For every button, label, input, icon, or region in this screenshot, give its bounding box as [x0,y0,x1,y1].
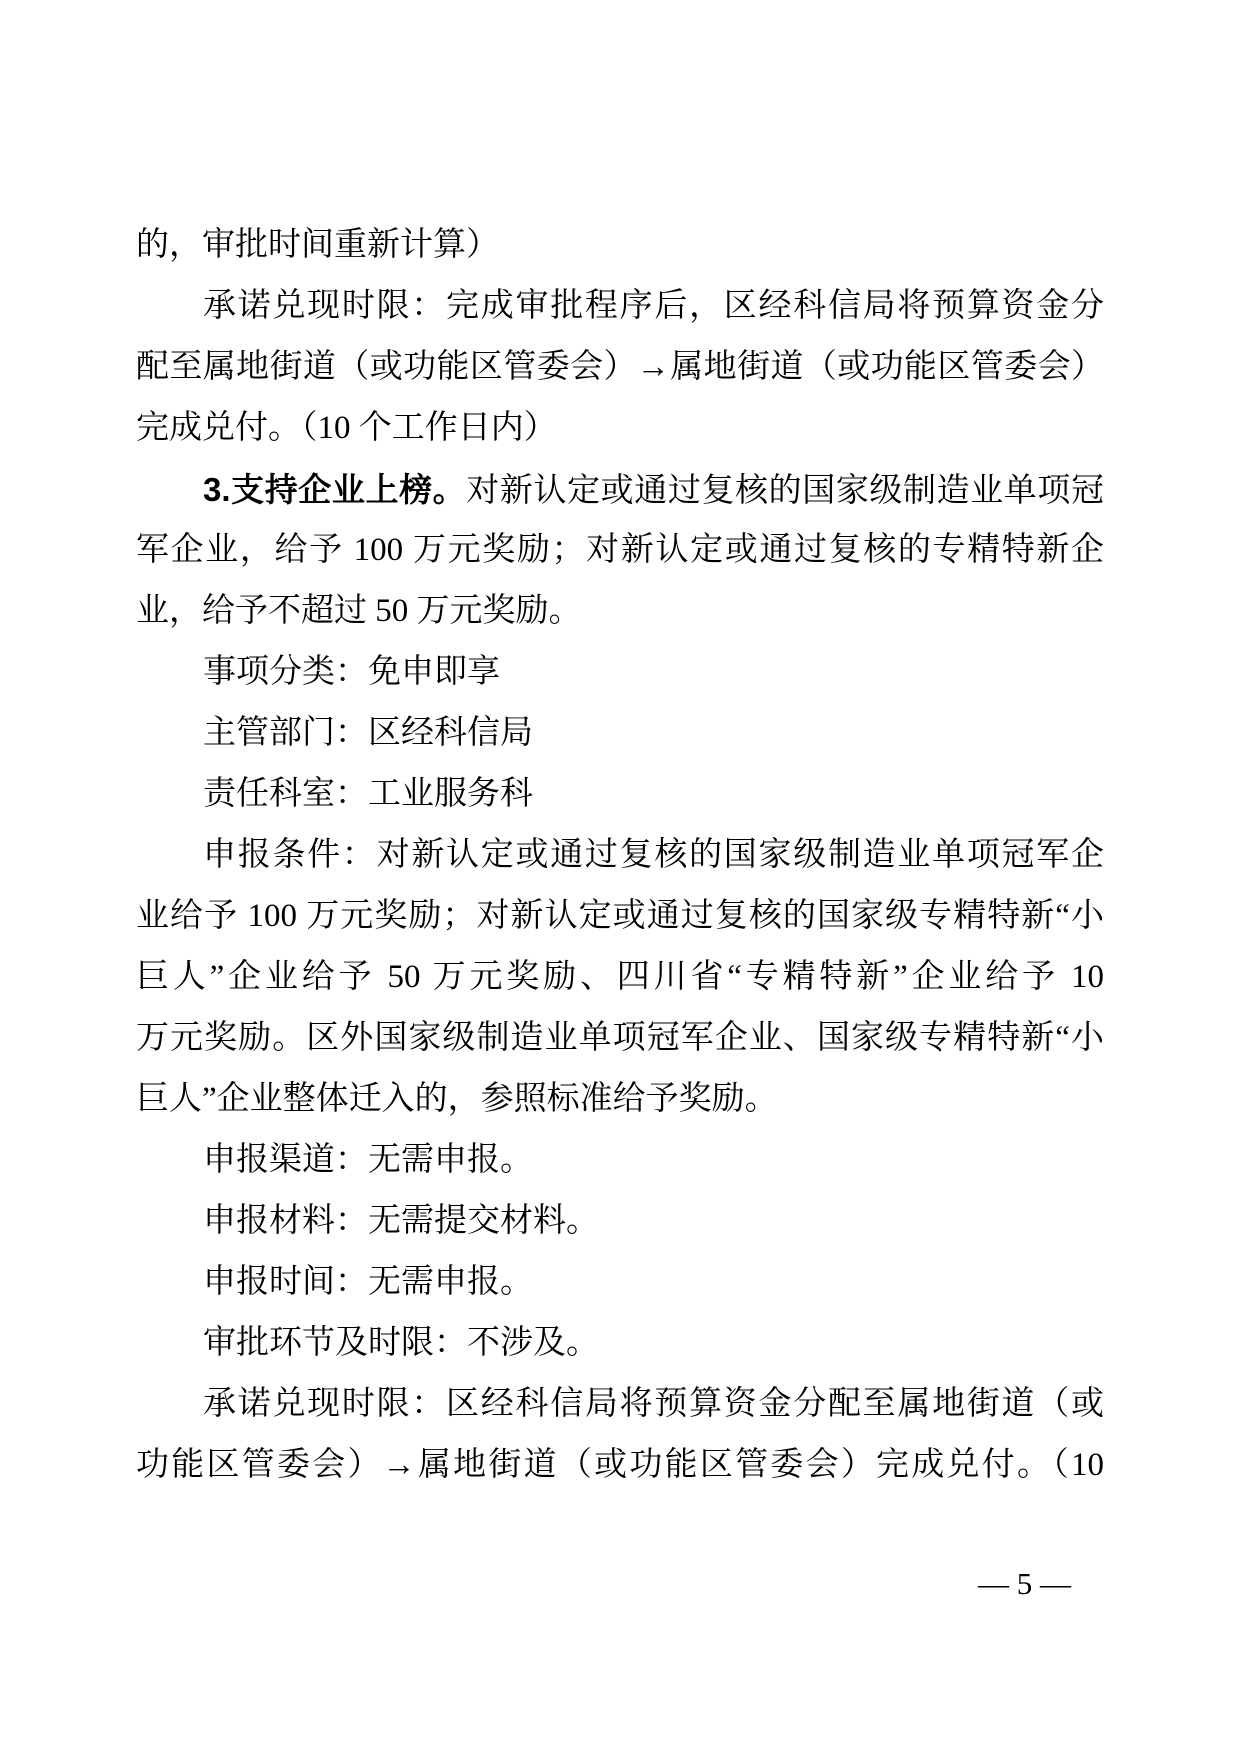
text-line: 申报材料：无需提交材料。 [136,1191,1104,1252]
text-line: 巨人”企业整体迁入的，参照标准给予奖励。 [136,1069,1104,1130]
body-text: 业，给予不超过 50 万元奖励。 [136,593,582,629]
body-text: 事项分类：免申即享 [203,654,500,690]
text-line: 审批环节及时限：不涉及。 [136,1313,1104,1374]
body-text: 申报渠道：无需申报。 [203,1142,533,1178]
text-line: 申报时间：无需申报。 [136,1252,1104,1313]
body-text: 军企业，给予 100 万元奖励；对新认定或通过复核的专精特新企 [136,532,1104,568]
document-body: 的，审批时间重新计算）承诺兑现时限：完成审批程序后，区经科信局将预算资金分配至属… [136,215,1104,1496]
text-line: 业，给予不超过 50 万元奖励。 [136,581,1104,642]
body-text: 巨人”企业给予 50 万元奖励、四川省“专精特新”企业给予 10 [136,959,1104,995]
body-text: 承诺兑现时限：完成审批程序后，区经科信局将预算资金分 [203,288,1104,324]
body-text: 功能区管委会）→属地街道（或功能区管委会）完成兑付。（10 [136,1447,1104,1483]
text-line: 的，审批时间重新计算） [136,215,1104,276]
para-application-time: 申报时间：无需申报。 [136,1252,1104,1313]
text-line: 功能区管委会）→属地街道（或功能区管委会）完成兑付。（10 [136,1435,1104,1496]
body-text: 完成兑付。（10 个工作日内） [136,410,557,446]
para-application-channel: 申报渠道：无需申报。 [136,1130,1104,1191]
body-text: 巨人”企业整体迁入的，参照标准给予奖励。 [136,1081,778,1117]
text-line: 主管部门：区经科信局 [136,703,1104,764]
para-item-category: 事项分类：免申即享 [136,642,1104,703]
para-commitment-deadline-2: 承诺兑现时限：区经科信局将预算资金分配至属地街道（或功能区管委会）→属地街道（或… [136,1374,1104,1496]
body-text: 申报条件：对新认定或通过复核的国家级制造业单项冠军企 [203,837,1104,873]
body-text: 对新认定或通过复核的国家级制造业单项冠 [466,473,1104,509]
body-text: 申报材料：无需提交材料。 [203,1203,599,1239]
para-responsible-office: 责任科室：工业服务科 [136,764,1104,825]
text-line: 业给予 100 万元奖励；对新认定或通过复核的国家级专精特新“小 [136,886,1104,947]
body-text: 配至属地街道（或功能区管委会）→属地街道（或功能区管委会） [136,349,1104,385]
body-text: 责任科室：工业服务科 [203,776,533,812]
text-line: 万元奖励。区外国家级制造业单项冠军企业、国家级专精特新“小 [136,1008,1104,1069]
page-number-text: — 5 — [978,1566,1071,1601]
para-application-conditions: 申报条件：对新认定或通过复核的国家级制造业单项冠军企业给予 100 万元奖励；对… [136,825,1104,1130]
text-line: 申报条件：对新认定或通过复核的国家级制造业单项冠军企 [136,825,1104,886]
para-prev-continuation: 的，审批时间重新计算） [136,215,1104,276]
text-line: 军企业，给予 100 万元奖励；对新认定或通过复核的专精特新企 [136,520,1104,581]
text-line: 承诺兑现时限：区经科信局将预算资金分配至属地街道（或 [136,1374,1104,1435]
text-line: 申报渠道：无需申报。 [136,1130,1104,1191]
para-department: 主管部门：区经科信局 [136,703,1104,764]
text-line: 完成兑付。（10 个工作日内） [136,398,1104,459]
body-text: 业给予 100 万元奖励；对新认定或通过复核的国家级专精特新“小 [136,898,1104,934]
para-approval-steps: 审批环节及时限：不涉及。 [136,1313,1104,1374]
body-text: 万元奖励。区外国家级制造业单项冠军企业、国家级专精特新“小 [136,1020,1104,1056]
body-text: 主管部门：区经科信局 [203,715,533,751]
body-text: 承诺兑现时限：区经科信局将预算资金分配至属地街道（或 [203,1386,1104,1422]
page-footer: — 5 — [978,1566,1071,1602]
body-text: 审批环节及时限：不涉及。 [203,1325,599,1361]
text-line: 配至属地街道（或功能区管委会）→属地街道（或功能区管委会） [136,337,1104,398]
text-line: 承诺兑现时限：完成审批程序后，区经科信局将预算资金分 [136,276,1104,337]
text-line: 3.支持企业上榜。对新认定或通过复核的国家级制造业单项冠 [136,459,1104,520]
body-text: 的，审批时间重新计算） [136,227,499,263]
text-line: 事项分类：免申即享 [136,642,1104,703]
bold-heading-text: 3.支持企业上榜。 [203,471,466,508]
body-text: 申报时间：无需申报。 [203,1264,533,1300]
para-commitment-deadline-1: 承诺兑现时限：完成审批程序后，区经科信局将预算资金分配至属地街道（或功能区管委会… [136,276,1104,459]
text-line: 巨人”企业给予 50 万元奖励、四川省“专精特新”企业给予 10 [136,947,1104,1008]
para-application-materials: 申报材料：无需提交材料。 [136,1191,1104,1252]
text-line: 责任科室：工业服务科 [136,764,1104,825]
para-item-3-support-listing: 3.支持企业上榜。对新认定或通过复核的国家级制造业单项冠军企业，给予 100 万… [136,459,1104,642]
document-page: 的，审批时间重新计算）承诺兑现时限：完成审批程序后，区经科信局将预算资金分配至属… [0,0,1241,1755]
